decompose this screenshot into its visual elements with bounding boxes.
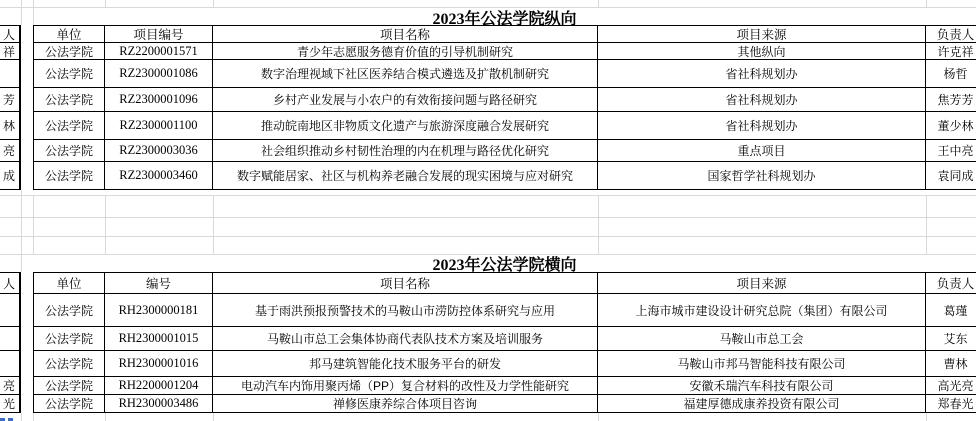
cell-project-name[interactable]: 邦马建筑智能化技术服务平台的研发 [213, 351, 598, 377]
cell-leader[interactable]: 艾东 [926, 327, 976, 351]
clipped-leader-cell[interactable]: 亮 [0, 140, 21, 162]
sheet-gridline [21, 0, 22, 25]
sheet-gridline [105, 413, 106, 421]
sheet-gridline [33, 195, 34, 254]
cell-project-name[interactable]: 乡村产业发展与小农户的有效衔接问题与路径研究 [213, 88, 598, 112]
clipped-leader-cell[interactable] [0, 294, 21, 327]
header-unit[interactable]: 单位 [33, 25, 105, 43]
cell-project-code[interactable]: RH2200001204 [105, 377, 213, 395]
sheet-gridline [598, 413, 599, 421]
cell-unit[interactable]: 公法学院 [33, 377, 105, 395]
cell-project-code[interactable]: RZ2200001571 [105, 43, 213, 60]
cell-project-name[interactable]: 青少年志愿服务德育价值的引导机制研究 [213, 43, 598, 60]
cell-leader[interactable]: 高光亮 [926, 377, 976, 395]
cell-project-name[interactable]: 推动皖南地区非物质文化遗产与旅游深度融合发展研究 [213, 112, 598, 140]
cell-leader[interactable]: 许克祥 [926, 43, 976, 60]
sheet-gridline [598, 195, 599, 254]
table1-vertical-projects: 单位 项目编号 项目名称 项目来源 负责人 公法学院 RZ2200001571 … [33, 25, 976, 190]
clipped-leader-cell[interactable]: 祥 [0, 43, 21, 60]
cell-unit[interactable]: 公法学院 [33, 112, 105, 140]
cell-project-code[interactable]: RH2300001015 [105, 327, 213, 351]
cell-project-name[interactable]: 电动汽车内饰用聚丙烯（PP）复合材料的改性及力学性能研究 [213, 377, 598, 395]
cell-unit[interactable]: 公法学院 [33, 294, 105, 327]
cell-unit[interactable]: 公法学院 [33, 43, 105, 60]
cell-project-source[interactable]: 省社科规划办 [598, 112, 926, 140]
cell-project-name[interactable]: 马鞍山市总工会集体协商代表队技术方案及培训服务 [213, 327, 598, 351]
cell-project-code[interactable]: RH2300001016 [105, 351, 213, 377]
cell-project-name[interactable]: 数字赋能居家、社区与机构养老融合发展的现实困境与应对研究 [213, 162, 598, 190]
table1-clipped-left-column: 人 祥 芳 林 亮 成 [0, 25, 21, 190]
cell-leader[interactable]: 王中亮 [926, 140, 976, 162]
table2-horizontal-projects: 单位 编号 项目名称 项目来源 负责人 公法学院 RH2300000181 基于… [33, 272, 976, 413]
cell-project-source[interactable]: 其他纵向 [598, 43, 926, 60]
clipped-leader-header-cell[interactable]: 人 [0, 25, 21, 43]
sheet-gridline [0, 195, 976, 196]
header-project-code[interactable]: 编号 [105, 272, 213, 294]
sheet-gridline [0, 236, 976, 237]
clipped-leader-cell[interactable]: 亮 [0, 377, 21, 395]
header-project-source[interactable]: 项目来源 [598, 25, 926, 43]
header-leader[interactable]: 负责人 [926, 25, 976, 43]
cell-unit[interactable]: 公法学院 [33, 60, 105, 88]
cell-unit[interactable]: 公法学院 [33, 327, 105, 351]
sheet-gridline [21, 190, 22, 272]
cell-project-code[interactable]: RZ2300001086 [105, 60, 213, 88]
cell-leader[interactable]: 葛瑾 [926, 294, 976, 327]
cell-leader[interactable]: 杨哲 [926, 60, 976, 88]
cell-project-name[interactable]: 社会组织推动乡村韧性治理的内在机理与路径优化研究 [213, 140, 598, 162]
cell-project-name[interactable]: 基于雨洪预报预警技术的马鞍山市涝防控体系研究与应用 [213, 294, 598, 327]
header-project-code[interactable]: 项目编号 [105, 25, 213, 43]
cell-unit[interactable]: 公法学院 [33, 351, 105, 377]
cell-project-code[interactable]: RH2300003486 [105, 395, 213, 413]
header-project-name[interactable]: 项目名称 [213, 25, 598, 43]
sheet-gridline [213, 413, 214, 421]
cell-unit[interactable]: 公法学院 [33, 162, 105, 190]
sheet-gridline [926, 413, 927, 421]
sheet-gridline [105, 195, 106, 254]
cell-project-name[interactable]: 禅修医康养综合体项目咨询 [213, 395, 598, 413]
clipped-leader-cell[interactable] [0, 60, 21, 88]
cell-project-code[interactable]: RZ2300001096 [105, 88, 213, 112]
cell-leader[interactable]: 袁同成 [926, 162, 976, 190]
cell-project-code[interactable]: RH2300000181 [105, 294, 213, 327]
cell-leader[interactable]: 郑春光 [926, 395, 976, 413]
clipped-leader-cell[interactable]: 林 [0, 112, 21, 140]
cell-unit[interactable]: 公法学院 [33, 395, 105, 413]
cell-leader[interactable]: 曹林 [926, 351, 976, 377]
cell-project-code[interactable]: RZ2300003460 [105, 162, 213, 190]
clipped-leader-cell[interactable]: 芳 [0, 88, 21, 112]
sheet-gridline [926, 195, 927, 254]
header-unit[interactable]: 单位 [33, 272, 105, 294]
table2-clipped-left-column: 人 亮 光 [0, 272, 21, 413]
spreadsheet-viewport: 2023年公法学院纵向 人 祥 芳 林 亮 成 单位 项目编号 项目名称 项目来… [0, 0, 976, 421]
cell-unit[interactable]: 公法学院 [33, 140, 105, 162]
clipped-leader-cell[interactable]: 成 [0, 162, 21, 190]
header-project-name[interactable]: 项目名称 [213, 272, 598, 294]
cell-project-code[interactable]: RZ2300001100 [105, 112, 213, 140]
cell-project-source[interactable]: 省社科规划办 [598, 88, 926, 112]
cell-project-source[interactable]: 省社科规划办 [598, 60, 926, 88]
cell-project-source[interactable]: 重点项目 [598, 140, 926, 162]
sheet-gridline [0, 217, 976, 218]
header-leader[interactable]: 负责人 [926, 272, 976, 294]
sheet-gridline [21, 413, 22, 421]
cell-project-source[interactable]: 福建厚德成康养投资有限公司 [598, 395, 926, 413]
cell-project-source[interactable]: 安徽禾瑞汽车科技有限公司 [598, 377, 926, 395]
clipped-leader-header-cell[interactable]: 人 [0, 272, 21, 294]
cell-leader[interactable]: 董少林 [926, 112, 976, 140]
cell-project-source[interactable]: 国家哲学社科规划办 [598, 162, 926, 190]
clipped-leader-cell[interactable] [0, 351, 21, 377]
cell-project-code[interactable]: RZ2300003036 [105, 140, 213, 162]
header-project-source[interactable]: 项目来源 [598, 272, 926, 294]
clipped-leader-cell[interactable]: 光 [0, 395, 21, 413]
cell-project-name[interactable]: 数字治理视域下社区医养结合模式遴选及扩散机制研究 [213, 60, 598, 88]
clipped-leader-cell[interactable] [0, 327, 21, 351]
cell-unit[interactable]: 公法学院 [33, 88, 105, 112]
sheet-gridline [33, 413, 34, 421]
cell-project-source[interactable]: 上海市城市建设设计研究总院（集团）有限公司 [598, 294, 926, 327]
sheet-gridline [213, 195, 214, 254]
cell-leader[interactable]: 焦芳芳 [926, 88, 976, 112]
cell-project-source[interactable]: 马鞍山市总工会 [598, 327, 926, 351]
cell-project-source[interactable]: 马鞍山市邦马智能科技有限公司 [598, 351, 926, 377]
